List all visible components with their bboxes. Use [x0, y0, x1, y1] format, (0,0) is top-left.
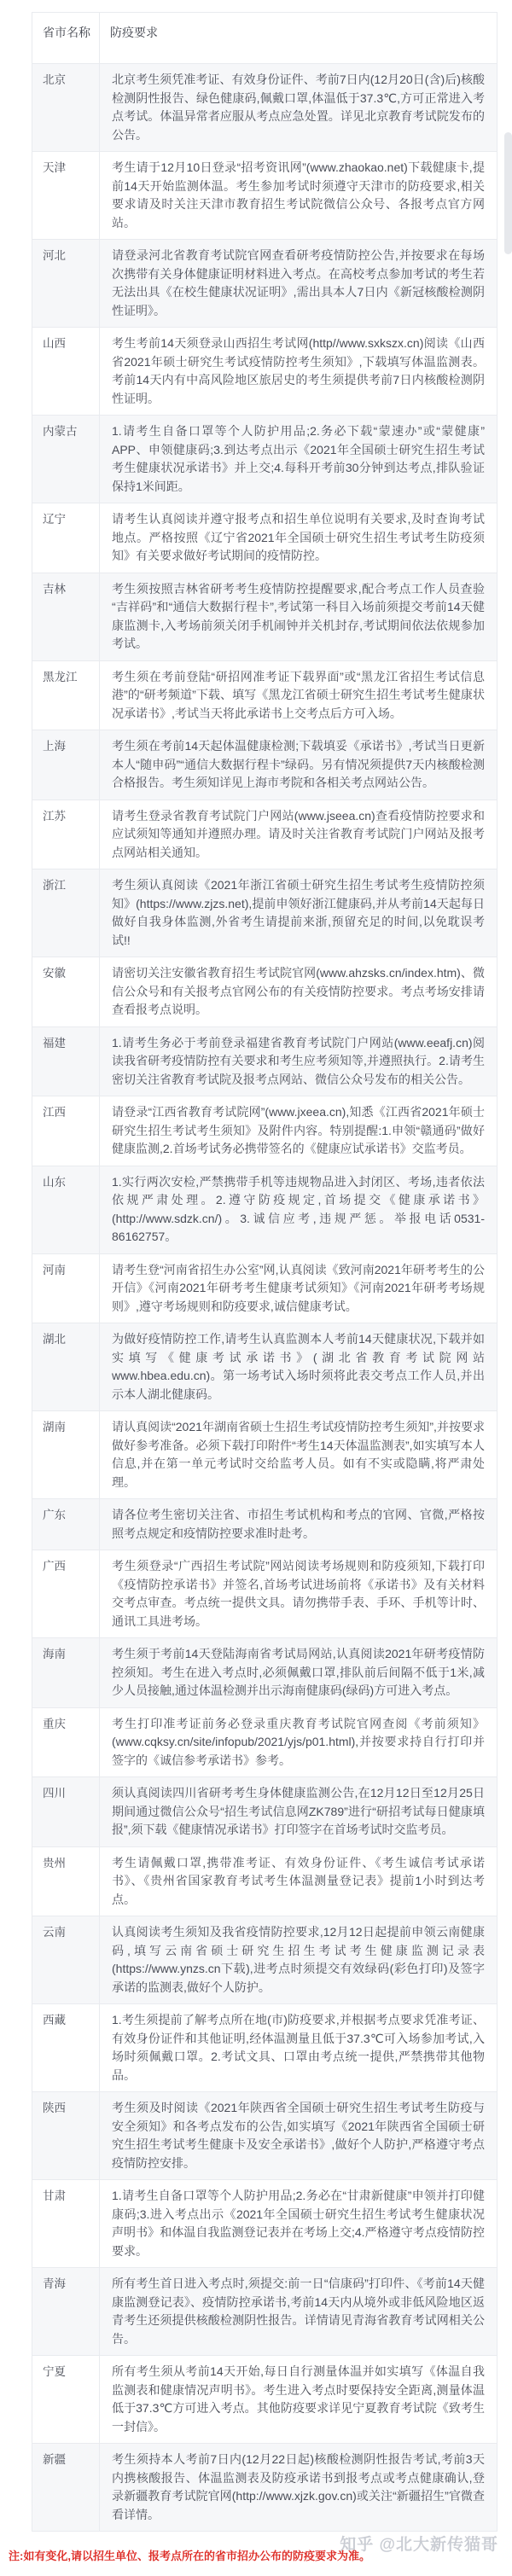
column-header-province: 省市名称	[32, 13, 100, 64]
requirement-text: 考生须按照吉林省研考考生疫情防控提醒要求,配合考点工作人员查验“吉祥码”和“通信…	[100, 573, 497, 660]
province-name: 安徽	[32, 957, 100, 1027]
province-name: 山东	[32, 1166, 100, 1253]
requirement-text: 请考生登“河南省招生办公室”网,认真阅读《致河南2021年研考考生的公开信》《河…	[100, 1253, 497, 1323]
requirement-text: 须认真阅读四川省研考考生身体健康监测公告,在12月12日至12月25日期间通过微…	[100, 1777, 497, 1847]
requirement-text: 考生须持本人考前7日内(12月22日起)核酸检测阴性报告考试,考前3天内携核酸报…	[100, 2444, 497, 2532]
table-row: 辽宁 请考生认真阅读并遵守报考点和招生单位说明有关要求,及时查询考试地点。严格按…	[32, 503, 497, 573]
table-row: 黑龙江 考生须在考前登陆“研招网准考证下载界面”或“黑龙江省招生考试信息港”的“…	[32, 660, 497, 730]
province-name: 吉林	[32, 573, 100, 660]
province-name: 西藏	[32, 2004, 100, 2092]
requirement-text: 请认真阅读“2021年湖南省硕士生招生考试疫情防控考生须知”,并按要求做好参考准…	[100, 1411, 497, 1499]
requirement-text: 1.考生须提前了解考点所在地(市)防疫要求,并根据考点要求凭准考证、有效身份证件…	[100, 2004, 497, 2092]
province-name: 上海	[32, 730, 100, 800]
table-row: 重庆 考生打印准考证前务必登录重庆教育考试院官网查阅《考前须知》(www.cqk…	[32, 1707, 497, 1777]
requirement-text: 考生须登录“广西招生考试院”网站阅读考场规则和防疫须知,下载打印《疫情防控承诺书…	[100, 1550, 497, 1638]
table-body: 北京 北京考生须凭准考证、有效身份证件、考前7日内(12月20日(含)后)核酸检…	[32, 64, 497, 2532]
header-row: 省市名称 防疫要求	[32, 13, 497, 64]
table-row: 江西 请登录“江西省教育考试院网”(www.jxeea.cn),知悉《江西省20…	[32, 1096, 497, 1166]
table-row: 青海 所有考生首日进入考点时,须提交:前一日“信康码”打印件、《考前14天健康监…	[32, 2268, 497, 2356]
table-row: 内蒙古 1.请考生自备口罩等个人防护用品;2.务必下载“蒙速办”或“蒙健康”AP…	[32, 416, 497, 503]
requirement-text: 考生须在考前登陆“研招网准考证下载界面”或“黑龙江省招生考试信息港”的“研考频道…	[100, 660, 497, 730]
table-row: 江苏 请考生登录省教育考试院门户网站(www.jseea.cn)查看疫情防控要求…	[32, 800, 497, 869]
province-name: 广西	[32, 1550, 100, 1638]
requirement-text: 考生须及时阅读《2021年陕西省全国硕士研究生招生考试考生防疫与安全须知》和各考…	[100, 2092, 497, 2180]
table-row: 宁夏 所有考生须从考前14天开始,每日自行测量体温并如实填写《体温自我监测表和健…	[32, 2356, 497, 2444]
province-name: 宁夏	[32, 2356, 100, 2444]
table-row: 河北 请登录河北省教育考试院官网查看研考疫情防控公告,并按要求在每场次携带有关身…	[32, 240, 497, 328]
table-header: 省市名称 防疫要求	[32, 13, 497, 64]
province-name: 江苏	[32, 800, 100, 869]
table-row: 西藏 1.考生须提前了解考点所在地(市)防疫要求,并根据考点要求凭准考证、有效身…	[32, 2004, 497, 2092]
requirement-text: 请各位考生密切关注省、市招生考试机构和考点的官网、官微,严格按照考点规定和疫情防…	[100, 1499, 497, 1550]
province-name: 湖北	[32, 1323, 100, 1411]
requirement-text: 考生考前14天须登录山西招生考试网(http//www.sxkszx.cn)阅读…	[100, 328, 497, 416]
province-name: 青海	[32, 2268, 100, 2356]
province-name: 内蒙古	[32, 416, 100, 503]
table-row: 云南 认真阅读考生须知及我省疫情防控要求,12月12日起提前申领云南健康码,填写…	[32, 1916, 497, 2004]
table-row: 广西 考生须登录“广西招生考试院”网站阅读考场规则和防疫须知,下载打印《疫情防控…	[32, 1550, 497, 1638]
requirement-text: 请密切关注安徽省教育招生考试院官网(www.ahzsks.cn/index.ht…	[100, 957, 497, 1027]
table-row: 贵州 考生请佩戴口罩,携带准考证、有效身份证件、《考生诚信考试承诺书》、《贵州省…	[32, 1846, 497, 1916]
table-row: 甘肃 1.请考生自备口罩等个人防护用品;2.务必在“甘肃新健康”申领并打印健康码…	[32, 2180, 497, 2268]
requirement-text: 所有考生首日进入考点时,须提交:前一日“信康码”打印件、《考前14天健康监测登记…	[100, 2268, 497, 2356]
province-name: 黑龙江	[32, 660, 100, 730]
table-row: 湖南 请认真阅读“2021年湖南省硕士生招生考试疫情防控考生须知”,并按要求做好…	[32, 1411, 497, 1499]
province-name: 甘肃	[32, 2180, 100, 2268]
province-name: 陕西	[32, 2092, 100, 2180]
table-row: 北京 北京考生须凭准考证、有效身份证件、考前7日内(12月20日(含)后)核酸检…	[32, 64, 497, 152]
table-row: 湖北 为做好疫情防控工作,请考生认真监测本人考前14天健康状况,下载并如实填写《…	[32, 1323, 497, 1411]
requirement-text: 1.请考生自备口罩等个人防护用品;2.务必下载“蒙速办”或“蒙健康”APP、申领…	[100, 416, 497, 503]
table-container: 省市名称 防疫要求 北京 北京考生须凭准考证、有效身份证件、考前7日内(12月2…	[32, 12, 497, 2532]
requirement-text: 认真阅读考生须知及我省疫情防控要求,12月12日起提前申领云南健康码,填写云南省…	[100, 1916, 497, 2004]
requirement-text: 请考生认真阅读并遵守报考点和招生单位说明有关要求,及时查询考试地点。严格按照《辽…	[100, 503, 497, 573]
province-name: 福建	[32, 1026, 100, 1096]
table-row: 天津 考生请于12月10日登录“招考资讯网”(www.zhaokao.net)下…	[32, 152, 497, 240]
requirement-text: 考生打印准考证前务必登录重庆教育考试院官网查阅《考前须知》(www.cqksy.…	[100, 1707, 497, 1777]
province-name: 新疆	[32, 2444, 100, 2532]
province-name: 江西	[32, 1096, 100, 1166]
province-name: 北京	[32, 64, 100, 152]
requirement-text: 考生须于考前14天登陆海南省考试局网站,认真阅读2021年研考疫情防控须知。考生…	[100, 1638, 497, 1708]
scrollbar-thumb[interactable]	[504, 132, 512, 254]
province-name: 浙江	[32, 869, 100, 957]
province-name: 云南	[32, 1916, 100, 2004]
table-row: 山东 1.实行两次安检,严禁携带手机等违规物品进入封闭区、考场,违者依法依规严肃…	[32, 1166, 497, 1253]
requirement-text: 北京考生须凭准考证、有效身份证件、考前7日内(12月20日(含)后)核酸检测阴性…	[100, 64, 497, 152]
table-row: 广东 请各位考生密切关注省、市招生考试机构和考点的官网、官微,严格按照考点规定和…	[32, 1499, 497, 1550]
province-name: 天津	[32, 152, 100, 240]
footer-note: 注:如有变化,请以招生单位、报考点所在的省市招办公布的防疫要求为准。	[9, 2549, 370, 2564]
table-row: 四川 须认真阅读四川省研考考生身体健康监测公告,在12月12日至12月25日期间…	[32, 1777, 497, 1847]
requirement-text: 1.请考生自备口罩等个人防护用品;2.务必在“甘肃新健康”申领并打印健康码;3.…	[100, 2180, 497, 2268]
requirement-text: 为做好疫情防控工作,请考生认真监测本人考前14天健康状况,下载并如实填写《健康考…	[100, 1323, 497, 1411]
province-name: 海南	[32, 1638, 100, 1708]
requirement-text: 考生须在考前14天起体温健康检测;下载填妥《承诺书》,考试当日更新本人“随申码”…	[100, 730, 497, 800]
requirement-text: 所有考生须从考前14天开始,每日自行测量体温并如实填写《体温自我监测表和健康情况…	[100, 2356, 497, 2444]
province-name: 四川	[32, 1777, 100, 1847]
province-name: 河南	[32, 1253, 100, 1323]
province-name: 湖南	[32, 1411, 100, 1499]
requirement-text: 考生请佩戴口罩,携带准考证、有效身份证件、《考生诚信考试承诺书》、《贵州省国家教…	[100, 1846, 497, 1916]
province-name: 山西	[32, 328, 100, 416]
province-name: 广东	[32, 1499, 100, 1550]
table-row: 山西 考生考前14天须登录山西招生考试网(http//www.sxkszx.cn…	[32, 328, 497, 416]
table-row: 福建 1.请考生务必于考前登录福建省教育考试院门户网站(www.eeafj.cn…	[32, 1026, 497, 1096]
table-row: 新疆 考生须持本人考前7日内(12月22日起)核酸检测阴性报告考试,考前3天内携…	[32, 2444, 497, 2532]
requirement-text: 考生请于12月10日登录“招考资讯网”(www.zhaokao.net)下载健康…	[100, 152, 497, 240]
table-row: 浙江 考生须认真阅读《2021年浙江省硕士研究生招生考试考生疫情防控须知》(ht…	[32, 869, 497, 957]
requirement-text: 1.实行两次安检,严禁携带手机等违规物品进入封闭区、考场,违者依法依规严肃处理。…	[100, 1166, 497, 1253]
province-name: 重庆	[32, 1707, 100, 1777]
epidemic-requirements-table: 省市名称 防疫要求 北京 北京考生须凭准考证、有效身份证件、考前7日内(12月2…	[32, 12, 497, 2532]
footer: 知乎 @北大新传猫哥 注:如有变化,请以招生单位、报考点所在的省市招办公布的防疫…	[9, 2537, 503, 2576]
column-header-requirement: 防疫要求	[100, 13, 497, 64]
table-row: 海南 考生须于考前14天登陆海南省考试局网站,认真阅读2021年研考疫情防控须知…	[32, 1638, 497, 1708]
province-name: 辽宁	[32, 503, 100, 573]
table-row: 河南 请考生登“河南省招生办公室”网,认真阅读《致河南2021年研考考生的公开信…	[32, 1253, 497, 1323]
requirement-text: 1.请考生务必于考前登录福建省教育考试院门户网站(www.eeafj.cn)阅读…	[100, 1026, 497, 1096]
table-row: 上海 考生须在考前14天起体温健康检测;下载填妥《承诺书》,考试当日更新本人“随…	[32, 730, 497, 800]
table-row: 吉林 考生须按照吉林省研考考生疫情防控提醒要求,配合考点工作人员查验“吉祥码”和…	[32, 573, 497, 660]
page: { "table": { "headers": ["省市名称", "防疫要求"]…	[0, 12, 512, 2576]
requirement-text: 考生须认真阅读《2021年浙江省硕士研究生招生考试考生疫情防控须知》(https…	[100, 869, 497, 957]
requirement-text: 请登录河北省教育考试院官网查看研考疫情防控公告,并按要求在每场次携带有关身体健康…	[100, 240, 497, 328]
table-row: 安徽 请密切关注安徽省教育招生考试院官网(www.ahzsks.cn/index…	[32, 957, 497, 1027]
requirement-text: 请登录“江西省教育考试院网”(www.jxeea.cn),知悉《江西省2021年…	[100, 1096, 497, 1166]
table-row: 陕西 考生须及时阅读《2021年陕西省全国硕士研究生招生考试考生防疫与安全须知》…	[32, 2092, 497, 2180]
province-name: 贵州	[32, 1846, 100, 1916]
province-name: 河北	[32, 240, 100, 328]
requirement-text: 请考生登录省教育考试院门户网站(www.jseea.cn)查看疫情防控要求和应试…	[100, 800, 497, 869]
